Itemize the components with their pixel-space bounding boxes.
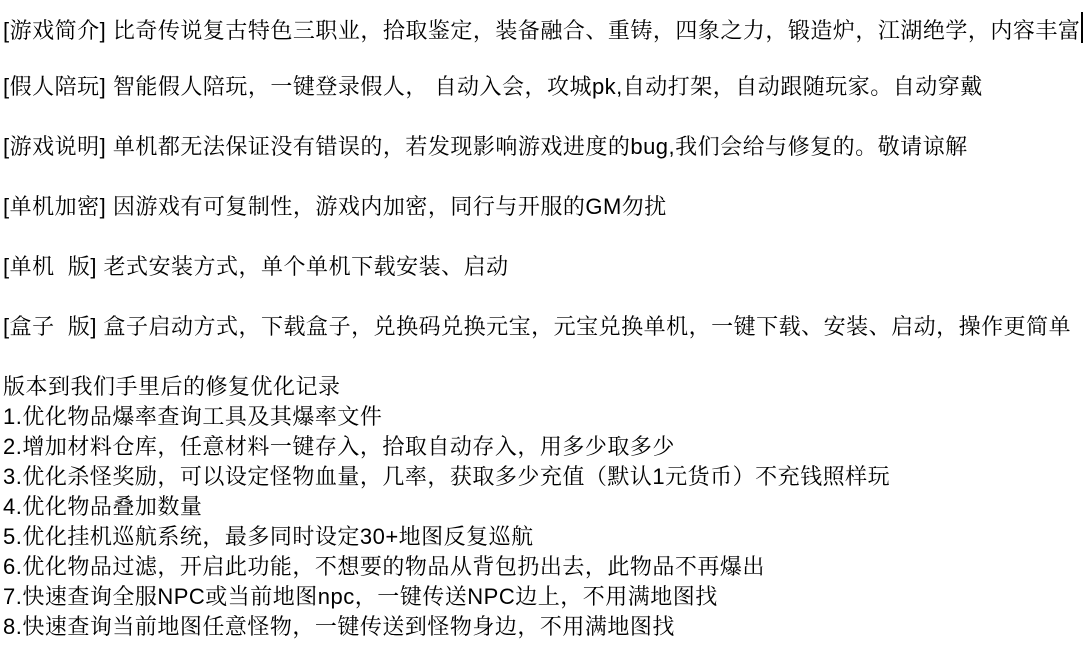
line-bot-companion-text: [假人陪玩] 智能假人陪玩，一键登录假人， 自动入会，攻城pk,自动打架，自动跟… — [3, 74, 983, 99]
changelog-item-1: 1.优化物品爆率查询工具及其爆率文件 — [3, 402, 1092, 432]
line-box-edition-text: [盒子 版] 盒子启动方式，下载盒子，兑换码兑换元宝，元宝兑换单机，一键下载、安… — [3, 314, 1071, 339]
line-encryption-notice-text: [单机加密] 因游戏有可复制性，游戏内加密，同行与开服的GM勿扰 — [3, 194, 667, 219]
changelog-item-6-text: 6.优化物品过滤，开启此功能，不想要的物品从背包扔出去，此物品不再爆出 — [3, 554, 765, 579]
changelog-item-5: 5.优化挂机巡航系统，最多同时设定30+地图反复巡航 — [3, 522, 1092, 552]
changelog-item-8: 8.快速查询当前地图任意怪物，一键传送到怪物身边，不用满地图找 — [3, 612, 1092, 642]
changelog-item-4-text: 4.优化物品叠加数量 — [3, 494, 202, 519]
line-encryption-notice: [单机加密] 因游戏有可复制性，游戏内加密，同行与开服的GM勿扰 — [3, 192, 1092, 222]
changelog-item-4: 4.优化物品叠加数量 — [3, 492, 1092, 522]
changelog-item-2-text: 2.增加材料仓库，任意材料一键存入，拾取自动存入，用多少取多少 — [3, 434, 675, 459]
changelog-item-1-text: 1.优化物品爆率查询工具及其爆率文件 — [3, 404, 382, 429]
line-game-notice: [游戏说明] 单机都无法保证没有错误的，若发现影响游戏进度的bug,我们会给与修… — [3, 132, 1092, 162]
line-box-edition: [盒子 版] 盒子启动方式，下载盒子，兑换码兑换元宝，元宝兑换单机，一键下载、安… — [3, 312, 1092, 342]
line-changelog-title-text: 版本到我们手里后的修复优化记录 — [3, 374, 341, 399]
line-changelog-title: 版本到我们手里后的修复优化记录 — [3, 372, 1092, 402]
line-game-notice-text: [游戏说明] 单机都无法保证没有错误的，若发现影响游戏进度的bug,我们会给与修… — [3, 134, 968, 159]
changelog-item-5-text: 5.优化挂机巡航系统，最多同时设定30+地图反复巡航 — [3, 524, 534, 549]
line-standalone-edition-text: [单机 版] 老式安装方式，单个单机下载安装、启动 — [3, 254, 509, 279]
line-bot-companion: [假人陪玩] 智能假人陪玩，一键登录假人， 自动入会，攻城pk,自动打架，自动跟… — [3, 72, 1092, 102]
changelog-item-6: 6.优化物品过滤，开启此功能，不想要的物品从背包扔出去，此物品不再爆出 — [3, 552, 1092, 582]
changelog-item-3-text: 3.优化杀怪奖励，可以设定怪物血量，几率，获取多少充值（默认1元货币）不充钱照样… — [3, 464, 890, 489]
changelog-item-7-text: 7.快速查询全服NPC或当前地图npc，一键传送NPC边上，不用满地图找 — [3, 584, 718, 609]
changelog-item-8-text: 8.快速查询当前地图任意怪物，一键传送到怪物身边，不用满地图找 — [3, 614, 675, 639]
changelog-item-2: 2.增加材料仓库，任意材料一键存入，拾取自动存入，用多少取多少 — [3, 432, 1092, 462]
text-caret — [1081, 12, 1083, 43]
changelog-item-7: 7.快速查询全服NPC或当前地图npc，一键传送NPC边上，不用满地图找 — [3, 582, 1092, 612]
changelog-item-3: 3.优化杀怪奖励，可以设定怪物血量，几率，获取多少充值（默认1元货币）不充钱照样… — [3, 462, 1092, 492]
line-game-intro-text: [游戏简介] 比奇传说复古特色三职业，拾取鉴定，装备融合、重铸，四象之力，锻造炉… — [3, 18, 1080, 43]
line-standalone-edition: [单机 版] 老式安装方式，单个单机下载安装、启动 — [3, 252, 1092, 282]
line-game-intro: [游戏简介] 比奇传说复古特色三职业，拾取鉴定，装备融合、重铸，四象之力，锻造炉… — [3, 12, 1092, 42]
text-document-area[interactable]: [游戏简介] 比奇传说复古特色三职业，拾取鉴定，装备融合、重铸，四象之力，锻造炉… — [0, 0, 1092, 665]
